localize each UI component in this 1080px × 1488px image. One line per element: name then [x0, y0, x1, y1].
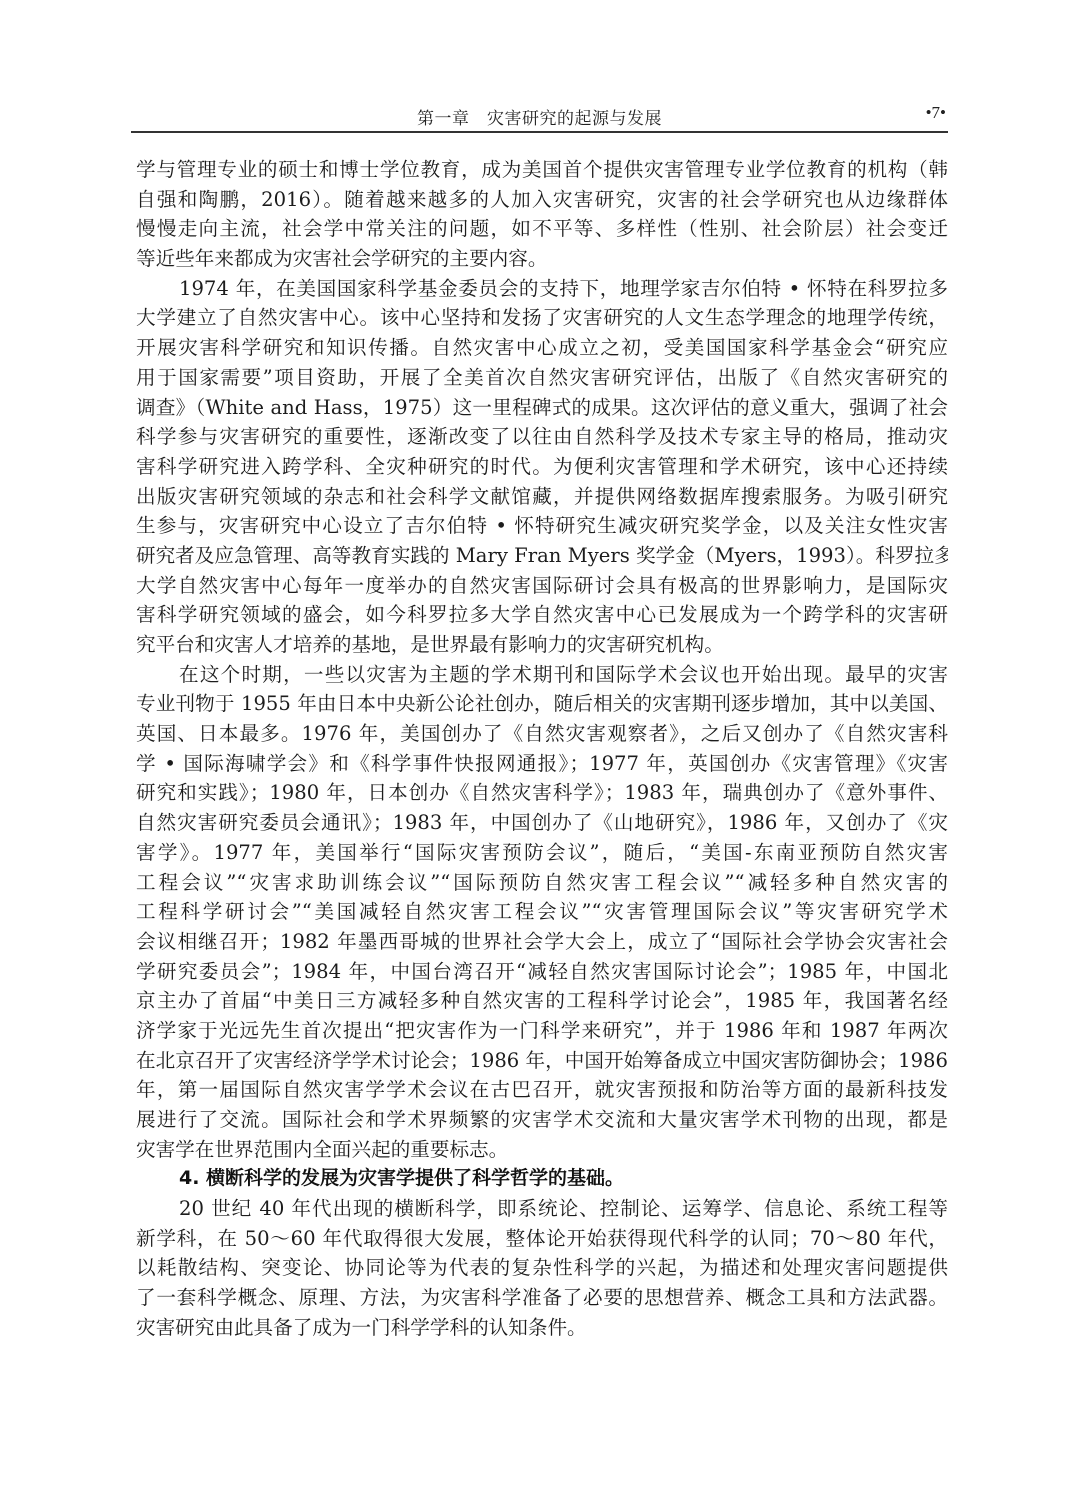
- text-line: 出版灾害研究领域的杂志和社会科学文献馆藏，并提供网络数据库搜索服务。为吸引研究: [136, 482, 948, 512]
- text-line: 调查》（White and Hass，1975）这一里程碑式的成果。这次评估的意…: [136, 393, 948, 423]
- text-line: 济学家于光远先生首次提出“把灾害作为一门科学来研究”，并于 1986 年和 19…: [136, 1016, 948, 1046]
- text-line: 1974 年，在美国国家科学基金委员会的支持下，地理学家吉尔伯特 • 怀特在科罗…: [136, 274, 948, 304]
- text-line: 科学参与灾害研究的重要性，逐渐改变了以往由自然科学及技术专家主导的格局，推动灾: [136, 422, 948, 452]
- text-line: 以耗散结构、突变论、协同论等为代表的复杂性科学的兴起，为描述和处理灾害问题提供: [136, 1253, 948, 1283]
- text-line: 了一套科学概念、原理、方法，为灾害科学准备了必要的思想营养、概念工具和方法武器。: [136, 1283, 948, 1313]
- paragraph-journals-conferences: 在这个时期，一些以灾害为主题的学术期刊和国际学术会议也开始出现。最早的灾害 专业…: [136, 660, 948, 1165]
- page-number: •7•: [926, 103, 946, 123]
- text-line: 害科学研究领域的盛会，如今科罗拉多大学自然灾害中心已发展成为一个跨学科的灾害研: [136, 600, 948, 630]
- text-line: 大学自然灾害中心每年一度举办的自然灾害国际研讨会具有极高的世界影响力，是国际灾: [136, 571, 948, 601]
- text-line: 慢慢走向主流，社会学中常关注的问题，如不平等、多样性（性别、社会阶层）社会变迁: [136, 214, 948, 244]
- text-line: 工程会议”“灾害求助训练会议”“国际预防自然灾害工程会议”“减轻多种自然灾害的: [136, 868, 948, 898]
- text-line: 学与管理专业的硕士和博士学位教育，成为美国首个提供灾害管理专业学位教育的机构（韩: [136, 155, 948, 185]
- text-line: 害学》。1977 年，美国举行“国际灾害预防会议”，随后，“美国-东南亚预防自然…: [136, 838, 948, 868]
- text-line: 新学科，在 50～60 年代取得很大发展，整体论开始获得现代科学的认同；70～8…: [136, 1224, 948, 1254]
- body-text: 学与管理专业的硕士和博士学位教育，成为美国首个提供灾害管理专业学位教育的机构（韩…: [136, 155, 948, 1343]
- text-line: 研究和实践》；1980 年，日本创办《自然灾害科学》；1983 年，瑞典创办了《…: [136, 778, 948, 808]
- paragraph-natural-hazards-center: 1974 年，在美国国家科学基金委员会的支持下，地理学家吉尔伯特 • 怀特在科罗…: [136, 274, 948, 660]
- text-line: 京主办了首届“中美日三方减轻多种自然灾害的工程科学讨论会”，1985 年，我国著…: [136, 986, 948, 1016]
- text-line: 究平台和灾害人才培养的基地，是世界最有影响力的灾害研究机构。: [136, 630, 948, 660]
- text-line: 英国、日本最多。1976 年，美国创办了《自然灾害观察者》，之后又创办了《自然灾…: [136, 719, 948, 749]
- text-line: 自强和陶鹏，2016）。随着越来越多的人加入灾害研究，灾害的社会学研究也从边缘群…: [136, 185, 948, 215]
- text-line: 学研究委员会”；1984 年，中国台湾召开“减轻自然灾害国际讨论会”；1985 …: [136, 957, 948, 987]
- text-line: 展进行了交流。国际社会和学术界频繁的灾害学术交流和大量灾害学术刊物的出现，都是: [136, 1105, 948, 1135]
- text-line: 20 世纪 40 年代出现的横断科学，即系统论、控制论、运筹学、信息论、系统工程…: [136, 1194, 948, 1224]
- text-line: 开展灾害科学研究和知识传播。自然灾害中心成立之初，受美国国家科学基金会“研究应: [136, 333, 948, 363]
- text-line: 在这个时期，一些以灾害为主题的学术期刊和国际学术会议也开始出现。最早的灾害: [136, 660, 948, 690]
- section-heading: 4. 横断科学的发展为灾害学提供了科学哲学的基础。: [136, 1164, 948, 1194]
- text-line: 会议相继召开；1982 年墨西哥城的世界社会学大会上，成立了“国际社会学协会灾害…: [136, 927, 948, 957]
- paragraph-continuation: 学与管理专业的硕士和博士学位教育，成为美国首个提供灾害管理专业学位教育的机构（韩…: [136, 155, 948, 274]
- text-line: 学 • 国际海啸学会》和《科学事件快报网通报》；1977 年，英国创办《灾害管理…: [136, 749, 948, 779]
- text-line: 工程科学研讨会”“美国减轻自然灾害工程会议”“灾害管理国际会议”等灾害研究学术: [136, 897, 948, 927]
- text-line: 生参与，灾害研究中心设立了吉尔伯特 • 怀特研究生减灾研究奖学金，以及关注女性灾…: [136, 511, 948, 541]
- running-title: 第一章 灾害研究的起源与发展: [131, 104, 948, 129]
- text-line: 大学建立了自然灾害中心。该中心坚持和发扬了灾害研究的人文生态学理念的地理学传统，: [136, 303, 948, 333]
- text-line: 灾害研究由此具备了成为一门科学学科的认知条件。: [136, 1313, 948, 1343]
- text-line: 灾害学在世界范围内全面兴起的重要标志。: [136, 1135, 948, 1165]
- text-line: 自然灾害研究委员会通讯》；1983 年，中国创办了《山地研究》，1986 年，又…: [136, 808, 948, 838]
- text-line: 专业刊物于 1955 年由日本中央新公论社创办，随后相关的灾害期刊逐步增加，其中…: [136, 689, 948, 719]
- text-line: 年，第一届国际自然灾害学学术会议在古巴召开，就灾害预报和防治等方面的最新科技发: [136, 1075, 948, 1105]
- text-line: 害科学研究进入跨学科、全灾种研究的时代。为便利灾害管理和学术研究，该中心还持续: [136, 452, 948, 482]
- text-line: 研究者及应急管理、高等教育实践的 Mary Fran Myers 奖学金（Mye…: [136, 541, 948, 571]
- page-header: 第一章 灾害研究的起源与发展 •7•: [131, 100, 948, 133]
- text-line: 等近些年来都成为灾害社会学研究的主要内容。: [136, 244, 948, 274]
- paragraph-transdisciplinary-science: 20 世纪 40 年代出现的横断科学，即系统论、控制论、运筹学、信息论、系统工程…: [136, 1194, 948, 1342]
- text-line: 在北京召开了灾害经济学学术讨论会；1986 年，中国开始筹备成立中国灾害防御协会…: [136, 1046, 948, 1076]
- text-line: 用于国家需要”项目资助，开展了全美首次自然灾害研究评估，出版了《自然灾害研究的: [136, 363, 948, 393]
